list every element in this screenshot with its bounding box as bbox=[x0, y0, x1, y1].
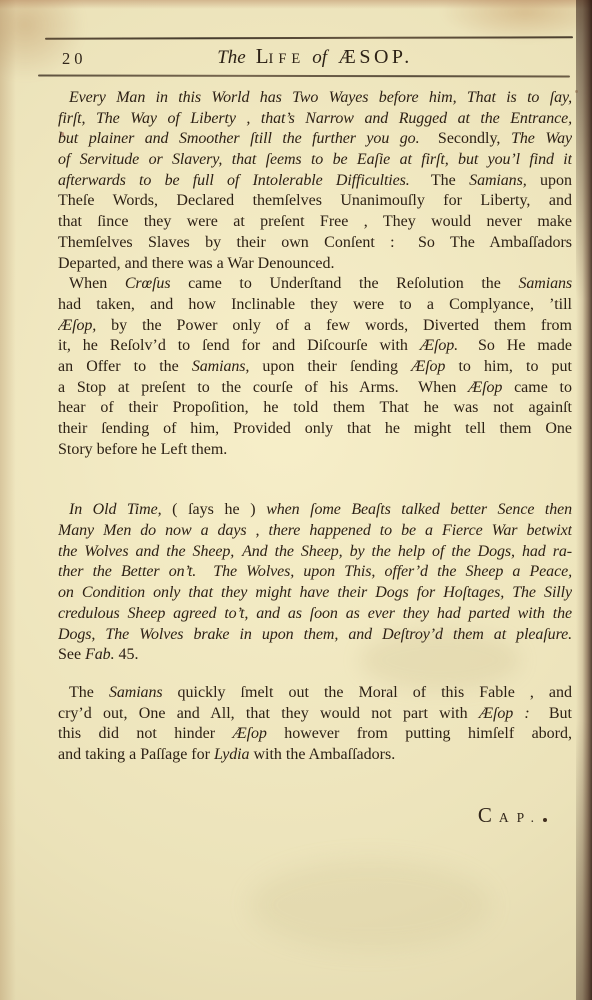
text-segment: upon bbox=[527, 172, 572, 189]
text-segment: Samians bbox=[109, 684, 163, 701]
text-line: Theſe Words, Declared themſelves Unanimo… bbox=[58, 191, 572, 212]
running-header-the: The bbox=[217, 47, 246, 68]
text-segment: to him, to put bbox=[445, 358, 572, 375]
text-segment: and taking a Paſſage for bbox=[58, 746, 214, 763]
text-line: an Offer to the Samians, upon their ſend… bbox=[58, 357, 572, 378]
ink-speck bbox=[575, 90, 578, 93]
ink-speck bbox=[61, 132, 64, 136]
catchword: CAP. bbox=[58, 803, 572, 828]
text-line: Departed, and there was a War Denounced. bbox=[58, 254, 572, 275]
catchword-initial: C bbox=[478, 803, 492, 827]
text-segment: But bbox=[530, 705, 572, 722]
paragraph: In Old Time, ( ſays he ) when ſome Beaſt… bbox=[58, 500, 572, 666]
text-segment: Æſop, bbox=[58, 317, 96, 334]
text-segment: See bbox=[58, 646, 85, 663]
text-segment: Æſop bbox=[411, 358, 445, 375]
text-segment: afterwards to be full of Intolerable Dif… bbox=[58, 172, 431, 189]
text-line: Themſelves Slaves by their own Conſent :… bbox=[58, 233, 572, 254]
text-segment: but plainer and Smoother ſtill the furth… bbox=[58, 130, 438, 147]
text-line: Story before he Left them. bbox=[58, 440, 572, 461]
text-segment: Themſelves Slaves by their own Conſent :… bbox=[58, 234, 572, 251]
text-line: afterwards to be full of Intolerable Dif… bbox=[58, 171, 572, 192]
text-line: cry’d out, One and All, that they would … bbox=[58, 704, 572, 725]
text-segment: Dogs, The Wolves brake in upon them, and… bbox=[58, 626, 572, 643]
text-line: Many Men do now a days , there happened … bbox=[58, 521, 572, 542]
header-rule-bottom bbox=[38, 74, 570, 77]
text-segment: this did not hinder bbox=[58, 725, 233, 742]
text-segment: that ſince they were at preſent Free , T… bbox=[58, 213, 572, 230]
text-segment: Lydia bbox=[214, 746, 249, 763]
text-line: had taken, and how Inclinable they were … bbox=[58, 295, 572, 316]
text-segment: The bbox=[69, 684, 109, 701]
text-line: In Old Time, ( ſays he ) when ſome Beaſt… bbox=[58, 500, 572, 521]
text-segment: their ſending of him, Provided only that… bbox=[58, 420, 572, 437]
text-segment: of Servitude or Slavery, that ſeems to b… bbox=[58, 151, 572, 168]
page-right-edge-shadow bbox=[576, 0, 592, 1000]
text-line: firſt, The Way of Liberty , that’s Narro… bbox=[58, 109, 572, 130]
text-line: ther the Better on’t. The Wolves, upon T… bbox=[58, 562, 572, 583]
text-segment: In Old Time, bbox=[69, 501, 162, 518]
text-line: Every Man in this World has Two Wayes be… bbox=[58, 88, 572, 109]
text-line: on Condition only that they might have t… bbox=[58, 583, 572, 604]
text-segment: Crœſus bbox=[125, 275, 171, 292]
text-line: See Fab. 45. bbox=[58, 645, 572, 666]
text-segment: came to Underſtand the Reſolution the bbox=[170, 275, 518, 292]
text-segment: Samians, bbox=[469, 172, 526, 189]
running-header-life-initial: L bbox=[256, 44, 269, 68]
page-left-edge bbox=[0, 0, 16, 1000]
text-segment: it, he Reſolv’d to ſend for and Diſcourſ… bbox=[58, 337, 420, 354]
running-header: The LIFE of ÆSOP. bbox=[58, 44, 572, 69]
running-header-life-rest: IFE bbox=[269, 51, 306, 67]
text-segment: Samians bbox=[518, 275, 572, 292]
text-segment: When bbox=[69, 275, 125, 292]
paragraph: Every Man in this World has Two Wayes be… bbox=[58, 88, 572, 274]
text-segment: with the Ambaſſadors. bbox=[249, 746, 395, 763]
text-line: of Servitude or Slavery, that ſeems to b… bbox=[58, 150, 572, 171]
text-segment: quickly ſmelt out the Moral of this Fabl… bbox=[162, 684, 572, 701]
paragraph: When Crœſus came to Underſtand the Reſol… bbox=[58, 274, 572, 460]
text-line: their ſending of him, Provided only that… bbox=[58, 419, 572, 440]
text-segment: The bbox=[431, 172, 469, 189]
text-segment: however from putting himſelf abord, bbox=[267, 725, 572, 742]
ink-speck bbox=[543, 818, 547, 822]
text-segment: had taken, and how Inclinable they were … bbox=[58, 296, 572, 313]
text-segment: So He made bbox=[458, 337, 572, 354]
page-top-edge bbox=[0, 0, 592, 9]
text-line: that ſince they were at preſent Free , T… bbox=[58, 212, 572, 233]
running-header-of: of bbox=[312, 47, 327, 68]
text-line: the Wolves and the Sheep, And the Sheep,… bbox=[58, 542, 572, 563]
text-segment: ther the Better on’t. The Wolves, upon T… bbox=[58, 563, 572, 580]
text-line: hear of their Propoſition, he told them … bbox=[58, 398, 572, 419]
text-line: this did not hinder Æſop however from pu… bbox=[58, 724, 572, 745]
text-line: but plainer and Smoother ſtill the furth… bbox=[58, 129, 572, 150]
text-segment: Theſe Words, Declared themſelves Unanimo… bbox=[58, 192, 572, 209]
text-line: credulous Sheep agreed to’t, and as ſoon… bbox=[58, 604, 572, 625]
text-segment: hear of their Propoſition, he told them … bbox=[58, 399, 572, 416]
text-segment: Story before he Left them. bbox=[58, 441, 227, 458]
text-segment: 45. bbox=[114, 646, 138, 663]
text-segment: credulous Sheep agreed to’t, and as ſoon… bbox=[58, 605, 572, 622]
text-segment: firſt, The Way of Liberty , that’s Narro… bbox=[58, 110, 572, 127]
text-segment: Every Man in this World has Two Wayes be… bbox=[69, 89, 572, 106]
running-header-aesop: ÆSOP. bbox=[338, 46, 413, 68]
text-segment: Æſop. bbox=[420, 337, 458, 354]
text-segment: by the Power only of a few words, Divert… bbox=[96, 317, 572, 334]
text-line: and taking a Paſſage for Lydia with the … bbox=[58, 745, 572, 766]
catchword-rest: AP. bbox=[499, 810, 542, 825]
text-line: Æſop, by the Power only of a few words, … bbox=[58, 316, 572, 337]
text-segment: Æſop bbox=[468, 379, 502, 396]
text-line: a Stop at preſent to the courſe of his A… bbox=[58, 378, 572, 399]
text-segment: Many Men do now a days , there happened … bbox=[58, 522, 572, 539]
text-segment: Fab. bbox=[85, 646, 114, 663]
body-text: Every Man in this World has Two Wayes be… bbox=[58, 88, 572, 766]
text-segment: Secondly, bbox=[438, 130, 511, 147]
text-segment: cry’d out, One and All, that they would … bbox=[58, 705, 479, 722]
text-segment: an Offer to the bbox=[58, 358, 192, 375]
text-segment: came to bbox=[502, 379, 572, 396]
text-line: it, he Reſolv’d to ſend for and Diſcourſ… bbox=[58, 336, 572, 357]
paper-mottling bbox=[250, 860, 490, 950]
text-segment: Departed, and there was a War Denounced. bbox=[58, 255, 335, 272]
text-segment: Æſop : bbox=[479, 705, 530, 722]
paragraph: The Samians quickly ſmelt out the Moral … bbox=[58, 683, 572, 766]
text-line: Dogs, The Wolves brake in upon them, and… bbox=[58, 625, 572, 646]
text-line: When Crœſus came to Underſtand the Reſol… bbox=[58, 274, 572, 295]
text-segment: The Way bbox=[511, 130, 572, 147]
text-segment: when ſome Beaſts talked better Sence the… bbox=[266, 501, 572, 518]
text-segment: Samians, bbox=[192, 358, 249, 375]
text-segment: upon their ſending bbox=[249, 358, 411, 375]
book-page: 20 The LIFE of ÆSOP. Every Man in this W… bbox=[0, 0, 592, 1000]
text-segment: the Wolves and the Sheep, And the Sheep,… bbox=[58, 543, 572, 560]
text-segment: on Condition only that they might have t… bbox=[58, 584, 572, 601]
text-segment: ( ſays he ) bbox=[162, 501, 267, 518]
text-segment: a Stop at preſent to the courſe of his A… bbox=[58, 379, 468, 396]
text-segment: Æſop bbox=[233, 725, 267, 742]
text-line: The Samians quickly ſmelt out the Moral … bbox=[58, 683, 572, 704]
